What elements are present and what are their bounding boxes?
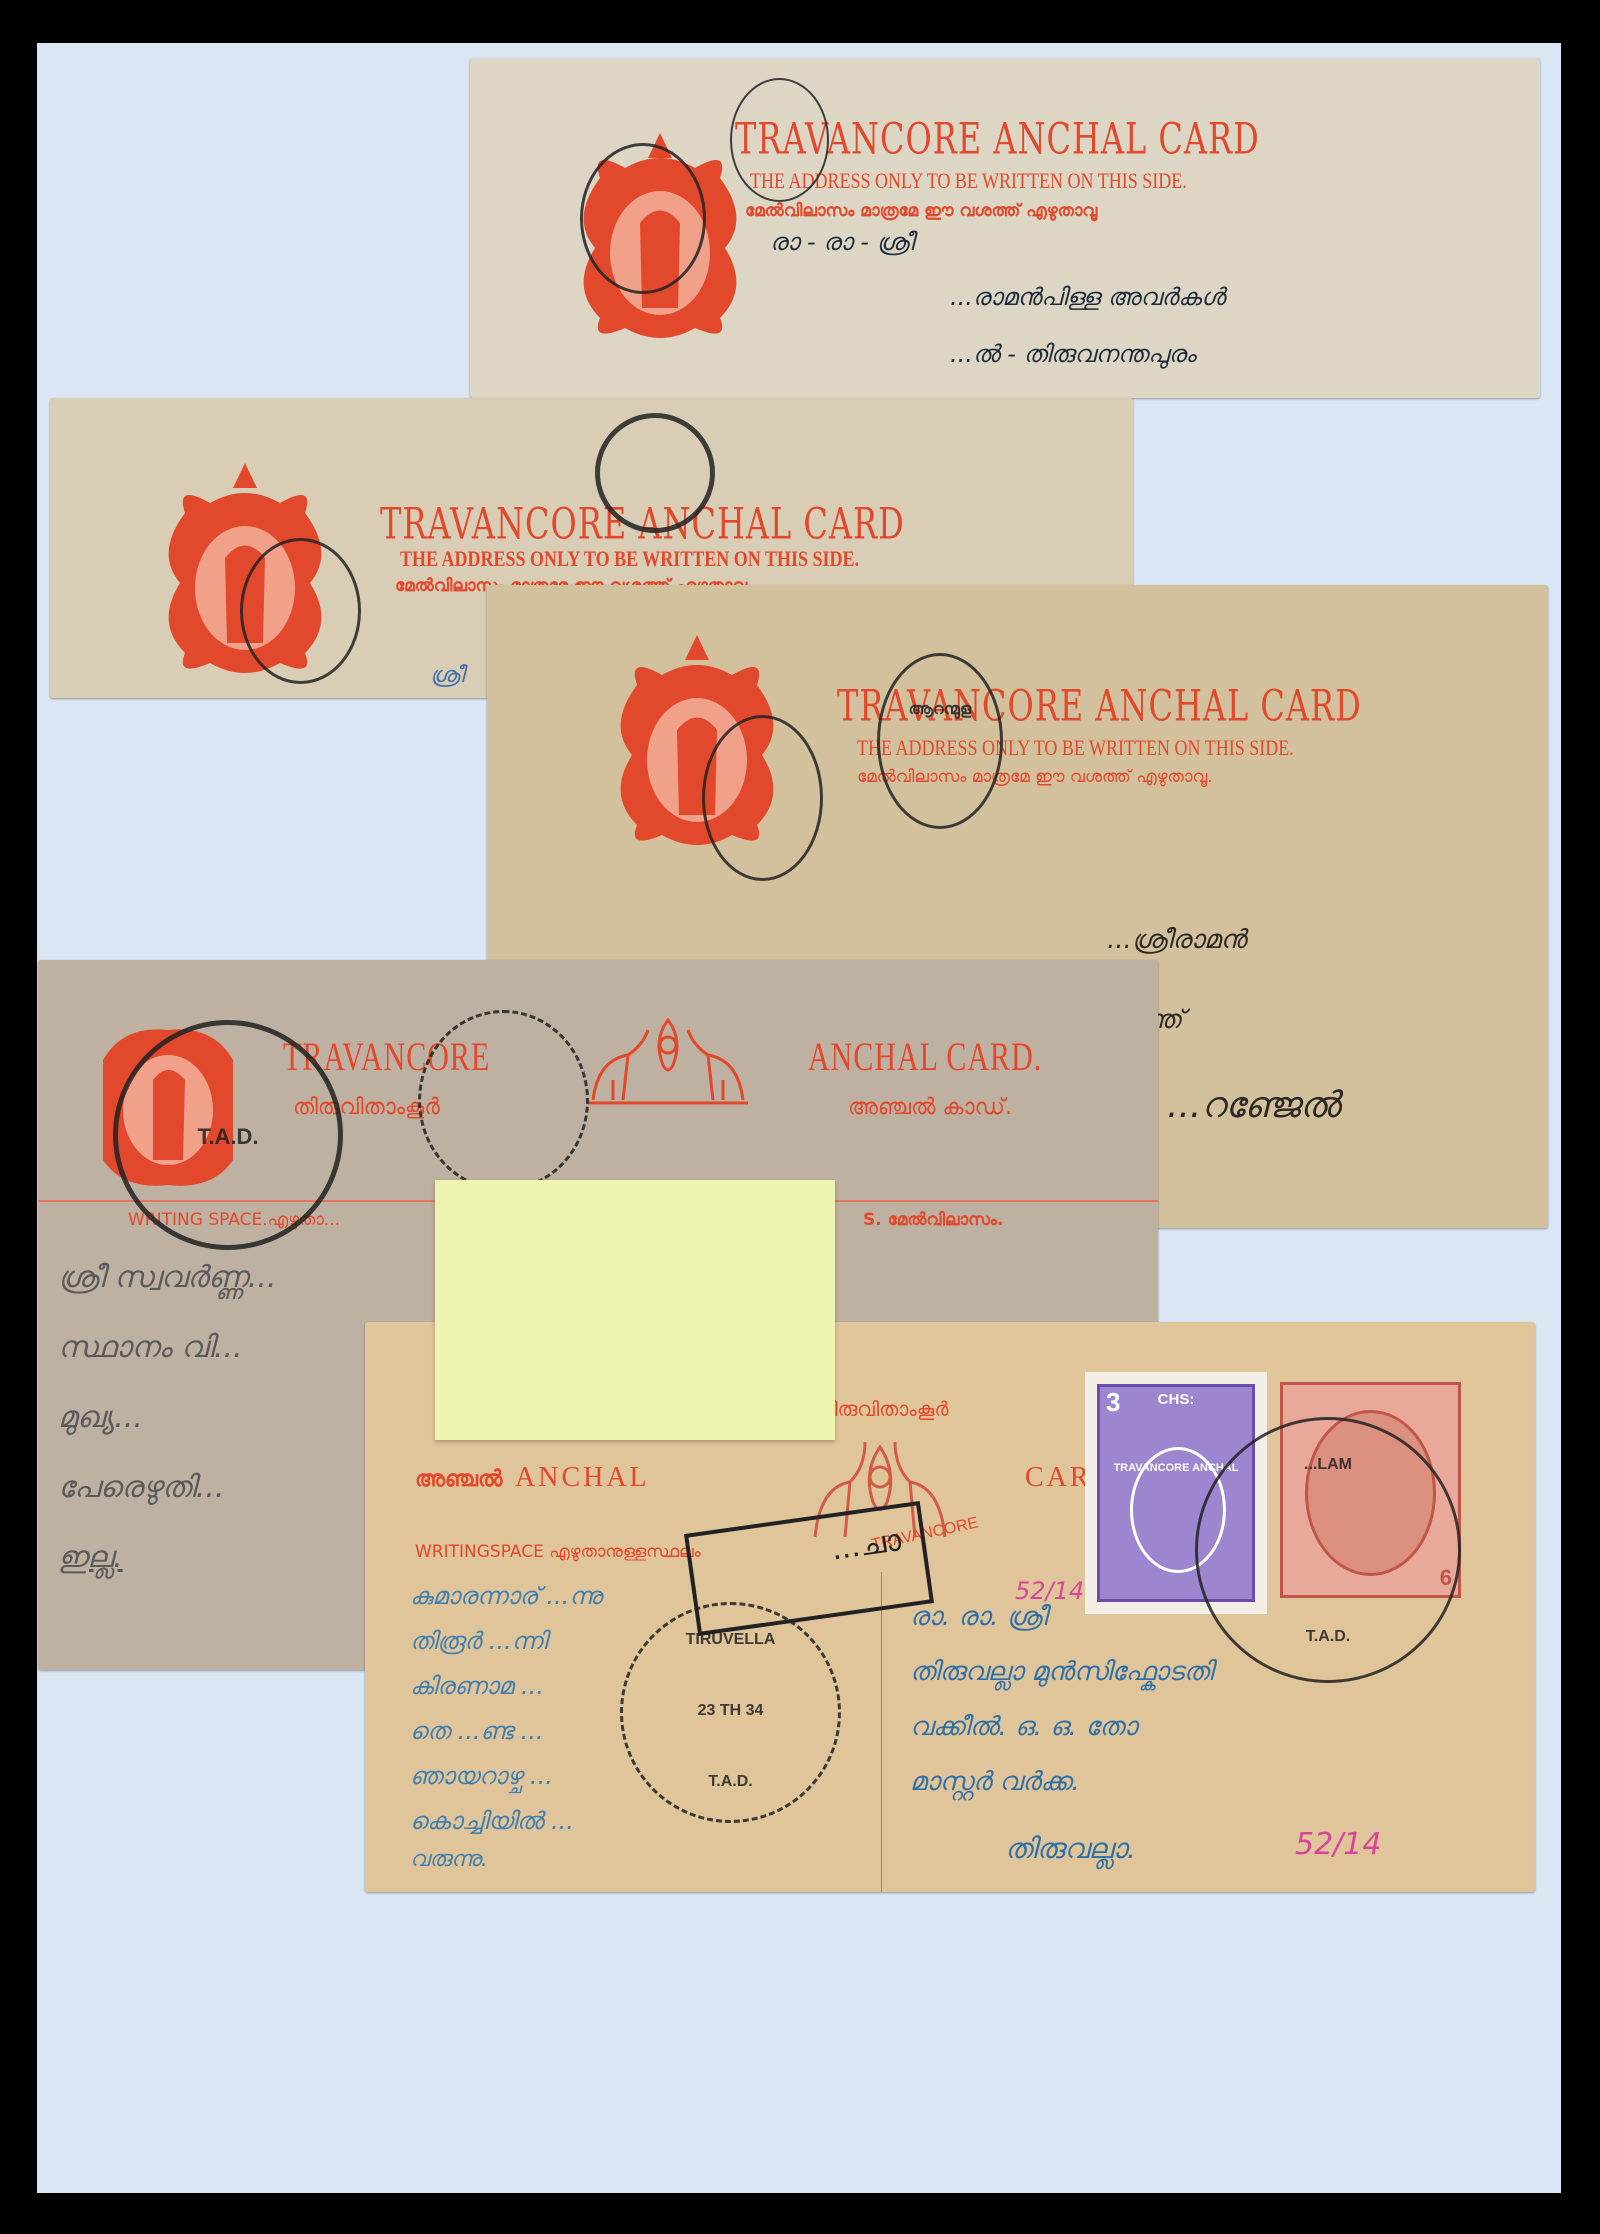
postmark: T.A.D. — [113, 1020, 343, 1250]
postmark-tiruvella: TIRUVELLA23 TH 34T.A.D. — [620, 1602, 841, 1823]
card-title-right: ANCHAL CARD. — [808, 1035, 1042, 1081]
label-left-malayalam: അഞ്ചൽ — [415, 1467, 503, 1492]
label-card: CAR — [1025, 1462, 1092, 1494]
handwritten-line: ശ്രീ — [430, 663, 464, 688]
address-label: S. മേൽവിലാസം. — [863, 1210, 1003, 1230]
pencil-note: 52/14 — [1015, 1577, 1084, 1605]
handwritten-line: ...രാമൻപിള്ള അവർകൾ — [950, 283, 1225, 311]
handwritten-line: സ്ഥാനം വി... — [58, 1330, 243, 1365]
card-malayalam-right: അഞ്ചൽ കാഡ്. — [848, 1095, 1012, 1120]
message-line: കുമാരന്നാര് ...ന്നു — [410, 1582, 602, 1610]
address-line: തിരുവല്ലാ മുൻസിഫ്കോടതി — [910, 1657, 1213, 1688]
sticky-note — [435, 1180, 835, 1440]
address-line: തിരുവല്ലാ. — [1005, 1832, 1136, 1866]
divider-line — [881, 1572, 882, 1892]
handwritten-line: ഇല്ല. — [58, 1540, 123, 1575]
elephant-conch-emblem-icon — [583, 1005, 753, 1110]
address-line: മാസ്റ്റർ വർക്ക. — [910, 1767, 1080, 1798]
handwritten-line: പേരെഴുതി... — [58, 1470, 224, 1505]
postmark: ആറന്മുള — [877, 653, 1003, 829]
message-line: തിരൂർ ...ന്നി — [410, 1627, 547, 1655]
postmark — [240, 538, 361, 684]
message-line: കിരണാമ ... — [410, 1672, 544, 1700]
card-subtitle: THE ADDRESS ONLY TO BE WRITTEN ON THIS S… — [400, 546, 859, 572]
message-line: തെ ...ണ്ട ... — [410, 1717, 544, 1745]
stamp-unit: CHS: — [1100, 1391, 1252, 1408]
postmark — [702, 715, 823, 881]
message-line: കൊച്ചിയിൽ ... — [410, 1807, 574, 1835]
label-anchal: ANCHAL — [515, 1462, 650, 1494]
card-malayalam-line: മേൽവിലാസം മാത്രമേ ഈ വശത്ത് എഴുതാവൂ — [745, 201, 1097, 221]
handwritten-line: മുഖ്യ... — [58, 1400, 143, 1435]
handwritten-line: രാ - രാ - ശ്രീ — [770, 228, 914, 256]
postmark — [580, 143, 706, 294]
handwritten-line: ...ൽ - തിരുവനന്തപുരം — [950, 340, 1196, 368]
message-line: വരുന്നു. — [410, 1847, 488, 1872]
address-line: രാ. രാ. ശ്രീ — [910, 1602, 1047, 1633]
postmark — [595, 413, 715, 533]
message-line: ഞായറാഴ്ച ... — [410, 1762, 553, 1790]
postmark — [730, 78, 829, 202]
pencil-note: 52/14 — [1295, 1827, 1381, 1862]
handwritten-line: ...റഞ്ജേൽ — [1167, 1085, 1340, 1127]
postcard-1: TRAVANCORE ANCHAL CARD THE ADDRESS ONLY … — [470, 58, 1540, 398]
postmark — [418, 1010, 589, 1191]
stamp-value: 3 — [1106, 1387, 1120, 1418]
boxed-cancel: ...ചാ — [684, 1501, 934, 1636]
writing-space-label: WRITINGSPACE എഴുതാനുള്ളസ്ഥലം — [415, 1542, 701, 1562]
handwritten-line: ...ശ്രീരാമൻ — [1107, 925, 1246, 956]
address-line: വക്കീൽ. ഒ. ഒ. തോ — [910, 1712, 1137, 1743]
postmark-right: ...LAMT.A.D. — [1195, 1417, 1461, 1683]
handwritten-line: ശ്രീ സ്വവർണ്ണ... — [58, 1260, 276, 1295]
